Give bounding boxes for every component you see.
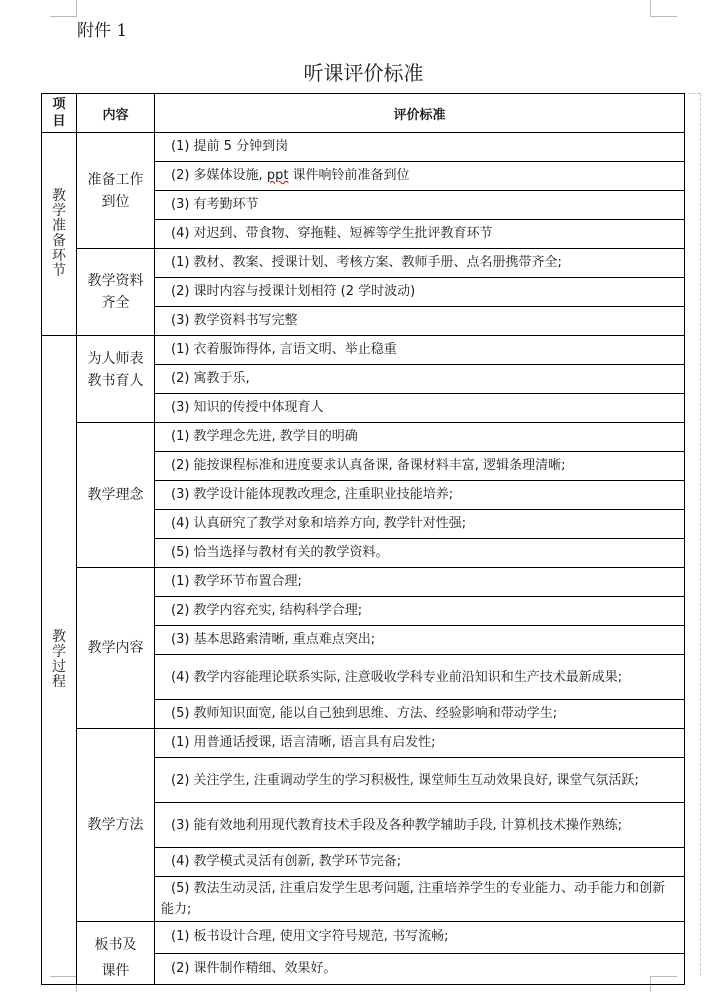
criteria-cell: (3) 教学设计能体现教改理念, 注重职业技能培养;: [155, 481, 685, 510]
page-corner-mark: [50, 0, 77, 17]
criteria-cell: (1) 教材、教案、授课计划、考核方案、教师手册、点名册携带齐全;: [155, 249, 685, 278]
page-corner-mark: [650, 0, 677, 17]
criteria-cell: (2) 教学内容充实, 结构科学合理;: [155, 597, 685, 626]
header-criteria: 评价标准: [155, 94, 685, 133]
header-category: 项目: [42, 94, 77, 133]
criteria-cell: (1) 教学环节布置合理;: [155, 568, 685, 597]
criteria-cell: (1) 用普通话授课, 语言清晰, 语言具有启发性;: [155, 729, 685, 758]
criteria-cell: (3) 有考勤环节: [155, 191, 685, 220]
criteria-cell: (3) 基本思路索清晰, 重点难点突出;: [155, 626, 685, 655]
criteria-cell: (2) 课时内容与授课计划相符 (2 学时波动): [155, 278, 685, 307]
criteria-cell: (3) 能有效地利用现代教育技术手段及各种教学辅助手段, 计算机技术操作熟练;: [155, 803, 685, 848]
item-cell: 教学内容: [77, 568, 155, 729]
table-row: 教学资料齐全 (1) 教材、教案、授课计划、考核方案、教师手册、点名册携带齐全;: [42, 249, 685, 278]
criteria-cell: (3) 知识的传授中体现育人: [155, 394, 685, 423]
table-row: 教学方法 (1) 用普通话授课, 语言清晰, 语言具有启发性;: [42, 729, 685, 758]
criteria-cell: (1) 衣着服饰得体, 言语文明、举止稳重: [155, 336, 685, 365]
table-row: 板书及课件 (1) 板书设计合理, 使用文字符号规范, 书写流畅;: [42, 922, 685, 954]
table-boundary-guide: [683, 93, 700, 94]
criteria-cell: (4) 教学模式灵活有创新, 教学环节完备;: [155, 848, 685, 877]
item-cell: 教学资料齐全: [77, 249, 155, 336]
criteria-cell: (2) 关注学生, 注重调动学生的学习积极性, 课堂师生互动效果良好, 课堂气氛…: [155, 758, 685, 803]
table-row: 教学准备环节 准备工作到位 (1) 提前 5 分钟到岗: [42, 133, 685, 162]
criteria-cell: (2) 能按课程标准和进度要求认真备课, 备课材料丰富, 逻辑条理清晰;: [155, 452, 685, 481]
criteria-cell: (5) 教法生动灵活, 注重启发学生思考问题, 注重培养学生的专业能力、动手能力…: [155, 877, 685, 922]
criteria-cell: (2) 多媒体设施, ppt 课件响铃前准备到位: [155, 162, 685, 191]
criteria-cell: (1) 教学理念先进, 教学目的明确: [155, 423, 685, 452]
table-boundary-guide: [700, 93, 701, 976]
item-cell: 教学方法: [77, 729, 155, 922]
category-cell: 教学过程: [42, 336, 77, 985]
criteria-cell: (3) 教学资料书写完整: [155, 307, 685, 336]
item-cell: 板书及课件: [77, 922, 155, 985]
document-title: 听课评价标准: [0, 57, 727, 86]
attachment-label: 附件 1: [77, 16, 127, 41]
table-header-row: 项目 内容 评价标准: [42, 94, 685, 133]
criteria-cell: (5) 恰当选择与教材有关的教学资料。: [155, 539, 685, 568]
criteria-cell: (4) 认真研究了教学对象和培养方向, 教学针对性强;: [155, 510, 685, 539]
criteria-cell: (1) 提前 5 分钟到岗: [155, 133, 685, 162]
item-cell: 准备工作到位: [77, 133, 155, 249]
item-cell: 教学理念: [77, 423, 155, 568]
evaluation-criteria-table: 项目 内容 评价标准 教学准备环节 准备工作到位 (1) 提前 5 分钟到岗 (…: [41, 93, 685, 985]
category-cell: 教学准备环节: [42, 133, 77, 336]
item-cell: 为人师表教书育人: [77, 336, 155, 423]
criteria-cell: (5) 教师知识面宽, 能以自己独到思维、方法、经验影响和带动学生;: [155, 700, 685, 729]
table-row: 教学过程 为人师表教书育人 (1) 衣着服饰得体, 言语文明、举止稳重: [42, 336, 685, 365]
spellcheck-underline: ppt: [267, 168, 289, 183]
table-row: 教学内容 (1) 教学环节布置合理;: [42, 568, 685, 597]
header-item: 内容: [77, 94, 155, 133]
criteria-cell: (2) 寓教于乐,: [155, 365, 685, 394]
criteria-cell: (4) 教学内容能理论联系实际, 注意吸收学科专业前沿知识和生产技术最新成果;: [155, 655, 685, 700]
table-row: 教学理念 (1) 教学理念先进, 教学目的明确: [42, 423, 685, 452]
criteria-cell: (2) 课件制作精细、效果好。: [155, 953, 685, 985]
criteria-cell: (4) 对迟到、带食物、穿拖鞋、短裤等学生批评教育环节: [155, 220, 685, 249]
criteria-cell: (1) 板书设计合理, 使用文字符号规范, 书写流畅;: [155, 922, 685, 954]
